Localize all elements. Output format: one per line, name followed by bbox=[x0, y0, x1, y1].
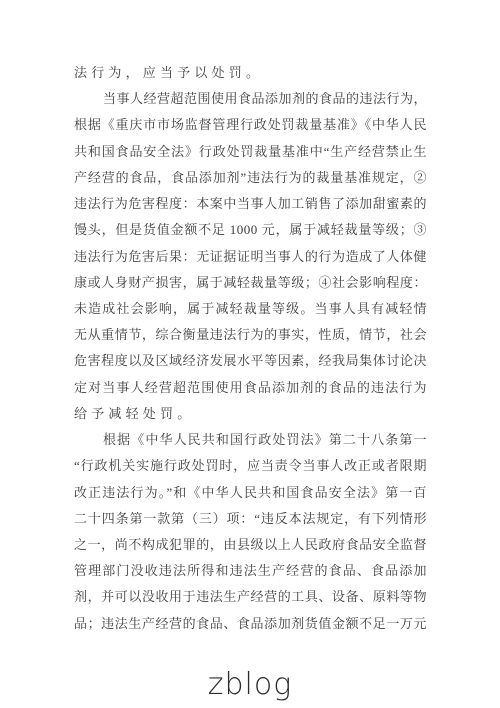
text-line: 馒头，但是货值金额不足 1000 元，属于减轻裁量等级；③ bbox=[74, 217, 427, 243]
document-text-block: 法行为，应当予以处罚。 当事人经营超范围使用食品添加剂的食品的违法行为， 根据《… bbox=[74, 60, 427, 637]
text-line: “行政机关实施行政处罚时，应当责令当事人改正或者限期 bbox=[74, 453, 427, 479]
text-line: 之一，尚不构成犯罪的，由县级以上人民政府食品安全监督 bbox=[74, 532, 427, 558]
text-line: 未造成社会影响，属于减轻裁量等级。当事人具有减轻情节， bbox=[74, 296, 427, 322]
text-line: 当事人经营超范围使用食品添加剂的食品的违法行为， bbox=[74, 86, 427, 112]
text-line: 管理部门没收违法所得和违法生产经营的食品、食品添加 bbox=[74, 558, 427, 584]
text-line: 违法行为危害后果：无证据证明当事人的行为造成了人体健 bbox=[74, 244, 427, 270]
text-line: 法行为，应当予以处罚。 bbox=[74, 60, 427, 86]
text-line: 剂，并可以没收用于违法生产经营的工具、设备、原料等物 bbox=[74, 584, 427, 610]
text-line: 根据《重庆市市场监督管理行政处罚裁量基准》《中华人民 bbox=[74, 112, 427, 138]
text-line: 无从重情节，综合衡量违法行为的事实，性质，情节，社会 bbox=[74, 322, 427, 348]
text-line: 根据《中华人民共和国行政处罚法》第二十八条第一款： bbox=[74, 427, 427, 453]
page-footer: zblog bbox=[0, 667, 500, 702]
text-line: 危害程度以及区域经济发展水平等因素，经我局集体讨论决 bbox=[74, 348, 427, 374]
text-line: 定对当事人经营超范围使用食品添加剂的食品的违法行为 bbox=[74, 375, 427, 401]
text-line: 康或人身财产损害，属于减轻裁量等级；④社会影响程度： bbox=[74, 270, 427, 296]
text-line: 共和国食品安全法》行政处罚裁量基准中“生产经营禁止生 bbox=[74, 139, 427, 165]
text-line: 给予减轻处罚。 bbox=[74, 401, 427, 427]
text-line: 产经营的食品，食品添加剂”违法行为的裁量基准规定，② bbox=[74, 165, 427, 191]
text-line: 改正违法行为。”和《中华人民共和国食品安全法》第一百 bbox=[74, 480, 427, 506]
document-page: 法行为，应当予以处罚。 当事人经营超范围使用食品添加剂的食品的违法行为， 根据《… bbox=[0, 0, 500, 708]
zblog-logo[interactable]: zblog bbox=[208, 667, 292, 702]
text-line: 违法行为危害程度：本案中当事人加工销售了添加甜蜜素的 bbox=[74, 191, 427, 217]
text-line: 二十四条第一款第（三）项：“违反本法规定，有下列情形 bbox=[74, 506, 427, 532]
text-line: 品；违法生产经营的食品、食品添加剂货值金额不足一万元 bbox=[74, 611, 427, 637]
